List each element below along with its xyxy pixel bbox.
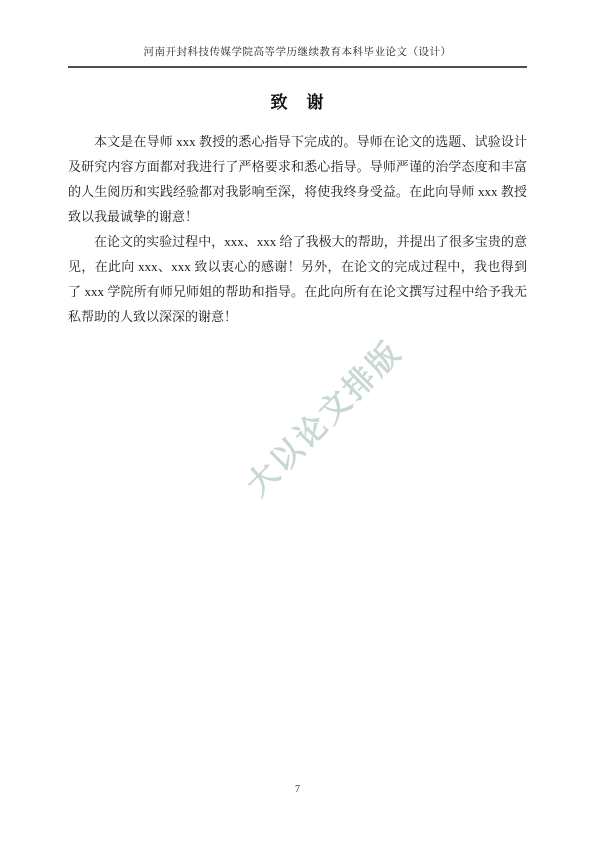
header-divider (68, 66, 527, 68)
thesis-page: 河南开封科技传媒学院高等学历继续教育本科毕业论文（设计） 大以论文排版 致 谢 … (0, 0, 595, 842)
acknowledgment-section: 致 谢 本文是在导师 xxx 教授的悉心指导下完成的。导师在论文的选题、试验设计… (68, 88, 527, 329)
acknowledgment-paragraph: 本文是在导师 xxx 教授的悉心指导下完成的。导师在论文的选题、试验设计及研究内… (68, 129, 527, 229)
page-title: 致 谢 (68, 88, 527, 113)
acknowledgment-paragraph: 在论文的实验过程中，xxx、xxx 给了我极大的帮助，并提出了很多宝贵的意见，在… (68, 229, 527, 329)
watermark-text: 大以论文排版 (234, 328, 410, 504)
acknowledgment-body: 本文是在导师 xxx 教授的悉心指导下完成的。导师在论文的选题、试验设计及研究内… (68, 129, 527, 329)
running-header: 河南开封科技传媒学院高等学历继续教育本科毕业论文（设计） (0, 44, 595, 59)
page-number: 7 (0, 784, 595, 795)
